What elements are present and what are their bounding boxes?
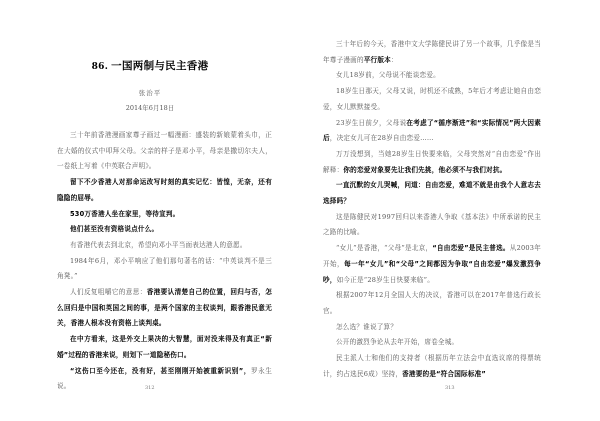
text-run: 有香港代表去到北京，希望向邓小平当面表达港人的意愿。 bbox=[70, 241, 247, 249]
text-run: 18岁生日那天，父母又说，时机还不成熟，5年后才考虑让她自由恋爱，女儿默默接受。 bbox=[323, 87, 541, 111]
text-run: 公开的激烈争论从去年开始，席卷全城。 bbox=[336, 338, 458, 346]
text-run: “女儿”是香港，“父母”是北京， bbox=[336, 244, 432, 252]
text-run: 23岁生日前夕，父母说 bbox=[336, 119, 406, 127]
bold-text: 你的恋爱对象要先让我们先挑，他必须不与我们对抗。 bbox=[343, 166, 506, 174]
text-run: 三十年后的今天，香港中文大学陈健民讲了另一个故事，几乎像是当年尊子漫画的 bbox=[323, 40, 541, 64]
bold-text: “这伤口至今还在，没有好，甚至刚刚开始被重新识别”， bbox=[70, 367, 251, 375]
left-page-body: 三十年前香港漫画家尊子画过一幅漫画：盛装的新娘蒙着头巾，正在大婚的仪式中叩拜父母… bbox=[57, 128, 272, 395]
date: 2014年6月18日 bbox=[0, 103, 300, 112]
paragraph: 这是陈健民对1997回归以来香港人争取《基本法》中所承诺的民主之路的比喻。 bbox=[323, 210, 541, 241]
bold-text: 在中方看来，这是外交上果决的大智慧，面对没来得及有真正“新婚”过程的香港来说，则… bbox=[57, 335, 272, 359]
paragraph: “这伤口至今还在，没有好，甚至刚刚开始被重新识别”，罗永生说。 bbox=[57, 364, 272, 395]
bold-text: 留下不少香港人对那命运改写时刻的真实记忆：皆惶，无奈，还有隐隐的屈辱。 bbox=[57, 178, 272, 202]
paragraph: 三十年后的今天，香港中文大学陈健民讲了另一个故事，几乎像是当年尊子漫画的平行版本… bbox=[323, 37, 541, 68]
text-run: 如今正是“28岁生日快要来临”。 bbox=[337, 276, 434, 284]
text-run: 三十年前香港漫画家尊子画过一幅漫画：盛装的新娘蒙着头巾，正在大婚的仪式中叩拜父母… bbox=[57, 131, 272, 170]
page-number: 312 bbox=[145, 385, 155, 391]
paragraph: 有香港代表去到北京，希望向邓小平当面表达港人的意愿。 bbox=[57, 238, 272, 254]
paragraph: 公开的激烈争论从去年开始，席卷全城。 bbox=[323, 335, 541, 351]
paragraph: 万万没想到，当她28岁生日快要来临，父母突然对“自由恋爱”作出解释：你的恋爱对象… bbox=[323, 147, 541, 178]
right-page: 三十年后的今天，香港中文大学陈健民讲了另一个故事，几乎像是当年尊子漫画的平行版本… bbox=[300, 0, 600, 421]
author: 张治平 bbox=[0, 88, 300, 97]
paragraph: 18岁生日那天，父母又说，时机还不成熟，5年后才考虑让她自由恋爱，女儿默默接受。 bbox=[323, 84, 541, 115]
paragraph: 三十年前香港漫画家尊子画过一幅漫画：盛装的新娘蒙着头巾，正在大婚的仪式中叩拜父母… bbox=[57, 128, 272, 175]
paragraph: 530万香港人坐在家里，等待宣判。 bbox=[57, 207, 272, 223]
chapter-title: 86.一国两制与民主香港 bbox=[0, 58, 300, 73]
text-run: 人们反复咀嚼它的意思： bbox=[70, 288, 147, 296]
paragraph: 怎么选？谁说了算？ bbox=[323, 320, 541, 336]
text-run: ： bbox=[391, 56, 398, 64]
text-run: 根据2007年12月全国人大的决议，香港可以在2017年普选行政长官。 bbox=[323, 291, 541, 315]
page-number: 313 bbox=[445, 385, 455, 391]
paragraph: 23岁生日前夕，父母说在考虑了“循序渐进”和“实际情况”两大因素后，决定女儿可在… bbox=[323, 116, 541, 147]
text-run: 女儿18岁前，父母说不能谈恋爱。 bbox=[336, 71, 440, 79]
book-spread: 86.一国两制与民主香港 张治平 2014年6月18日 三十年前香港漫画家尊子画… bbox=[0, 0, 600, 421]
text-run: 怎么选？谁说了算？ bbox=[336, 323, 397, 331]
paragraph: 他们甚至没有资格说点什么。 bbox=[57, 222, 272, 238]
chapter-number: 86. bbox=[92, 62, 109, 72]
bold-text: 一直沉默的女儿哭喊，问道：自由恋爱，难道不就是由我个人意志去选择吗？ bbox=[323, 181, 541, 205]
bold-text: “自由恋爱”是民主普选。 bbox=[432, 244, 509, 252]
paragraph: 1984年6月，邓小平响应了他们那句著名的话：“中英谈判不是三角凳。” bbox=[57, 254, 272, 285]
paragraph: “女儿”是香港，“父母”是北京，“自由恋爱”是民主普选。从2003年开始，每一年… bbox=[323, 241, 541, 288]
text-run: ，决定女儿可在28岁自由恋爱…… bbox=[330, 134, 434, 142]
bold-text: 530万香港人坐在家里，等待宣判。 bbox=[70, 210, 179, 218]
text-run: 这是陈健民对1997回归以来香港人争取《基本法》中所承诺的民主之路的比喻。 bbox=[323, 213, 541, 237]
paragraph: 根据2007年12月全国人大的决议，香港可以在2017年普选行政长官。 bbox=[323, 288, 541, 319]
right-page-body: 三十年后的今天，香港中文大学陈健民讲了另一个故事，几乎像是当年尊子漫画的平行版本… bbox=[323, 37, 541, 382]
bold-text: 香港要的是“符合国际标准” bbox=[402, 370, 486, 378]
bold-text: 平行版本 bbox=[364, 56, 391, 64]
paragraph: 人们反复咀嚼它的意思：香港要认清楚自己的位置，回归与否，怎么回归是中国和英国之间… bbox=[57, 285, 272, 332]
bold-text: 他们甚至没有资格说点什么。 bbox=[70, 225, 158, 233]
left-page: 86.一国两制与民主香港 张治平 2014年6月18日 三十年前香港漫画家尊子画… bbox=[0, 0, 300, 421]
paragraph: 留下不少香港人对那命运改写时刻的真实记忆：皆惶，无奈，还有隐隐的屈辱。 bbox=[57, 175, 272, 206]
text-run: 1984年6月，邓小平响应了他们那句著名的话：“中英谈判不是三角凳。” bbox=[57, 257, 272, 281]
paragraph: 民主派人士和他们的支持者（根据历年立法会中直选议席的得票统计，约占选民6成）坚持… bbox=[323, 351, 541, 382]
paragraph: 在中方看来，这是外交上果决的大智慧，面对没来得及有真正“新婚”过程的香港来说，则… bbox=[57, 332, 272, 363]
paragraph: 一直沉默的女儿哭喊，问道：自由恋爱，难道不就是由我个人意志去选择吗？ bbox=[323, 178, 541, 209]
paragraph: 女儿18岁前，父母说不能谈恋爱。 bbox=[323, 68, 541, 84]
chapter-title-text: 一国两制与民主香港 bbox=[111, 60, 208, 72]
